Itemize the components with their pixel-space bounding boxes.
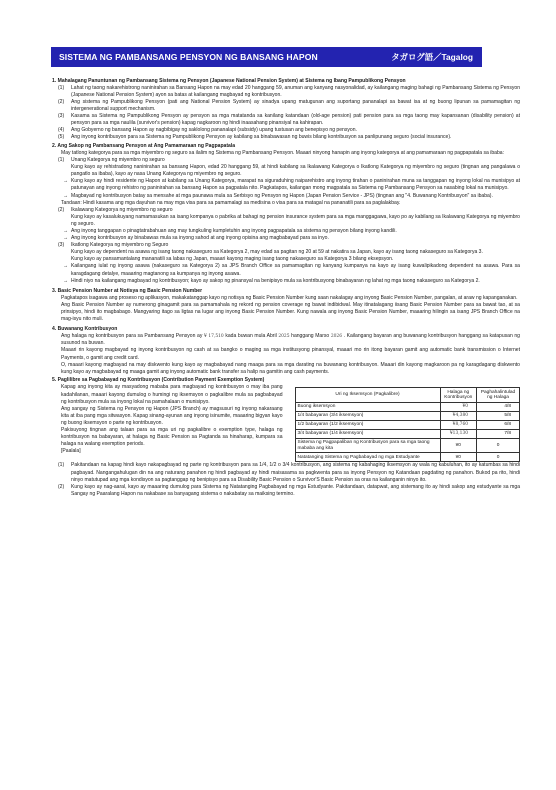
arrow-icon: →	[63, 278, 71, 285]
section-4-para-1: Ang halaga ng kontribusyon para sa Pamba…	[61, 333, 520, 347]
section-2-intro: May tatlong kategorya para sa mga miyemb…	[61, 150, 520, 157]
section-1-heading: 1. Mahalagang Panuntunan ng Pambansang S…	[52, 78, 520, 85]
exemption-table: Uri ng Iksemsyon (Pagkalibre) Halaga ng …	[295, 387, 520, 462]
arrow-icon: →	[63, 235, 71, 242]
arrow-icon: →	[63, 263, 71, 277]
table-row: 1/4 babayaran (3/4 iksemsyon)¥4,3805/8	[295, 411, 519, 420]
reminder-item: (2)Kung kayo ay nag-aaral, kayo ay maaar…	[58, 484, 520, 498]
section-3: 3. Basic Pension Number at Notisya ng Ba…	[52, 288, 520, 323]
section-5: 5. Paglilibre sa Pagbabayad ng Kontribus…	[52, 377, 520, 498]
section-4-heading: 4. Buwanang Kontribusyon	[52, 326, 520, 333]
banner-language: タガログ語／Tagalog	[391, 51, 473, 63]
arrow-item: →Hindi niyo na kailangang magbayad ng ko…	[63, 278, 520, 285]
category-2-title: (2)Ikalawang Kategorya ng miyembro ng se…	[58, 207, 520, 214]
banner-title: SISTEMA NG PAMBANSANG PENSYON NG BANSANG…	[59, 52, 318, 62]
arrow-icon: →	[63, 178, 71, 192]
section-3-para-1: Pagkatapos isagawa ang proseso ng aplika…	[61, 295, 520, 302]
arrow-icon: →	[63, 193, 71, 200]
arrow-item: →Kailangang iulat ng inyong asawa (nakas…	[63, 263, 520, 277]
reminder-item: (1)Pakitandaan na kapag hindi kayo nakap…	[58, 462, 520, 483]
section-4: 4. Buwanang Kontribusyon Ang halaga ng k…	[52, 326, 520, 376]
category-1-desc: Kung kayo ay rehistradong naninirahan sa…	[71, 164, 520, 178]
document-body: 1. Mahalagang Panuntunan ng Pambansang S…	[52, 76, 520, 498]
category-1-note: Tandaan: Hindi kasama ang mga dayuhan na…	[61, 200, 520, 207]
section-2: 2. Ang Sakop ng Pambansang Pensyon at An…	[52, 143, 520, 285]
section-4-para-2: Maaari rin kayong magbayad ng inyong kon…	[61, 347, 520, 361]
reminder-label: [Paalala]	[61, 448, 283, 455]
year-to: 2026	[331, 334, 342, 339]
table-row: Sistema ng Pagpapaliban ng Kontribusyon …	[295, 438, 519, 453]
table-row: Natatanging Sistema ng Pagbabayad ng mga…	[295, 453, 519, 462]
section-2-heading: 2. Ang Sakop ng Pambansang Pensyon at An…	[52, 143, 520, 150]
section-5-heading: 5. Paglilibre sa Pagbabayad ng Kontribus…	[52, 377, 520, 384]
table-row: 3/4 babayaran (1/4 iksemsyon)¥13,1307/8	[295, 429, 519, 438]
arrow-item: →Ang inyong kontribusyon ay binabawas mu…	[63, 235, 520, 242]
arrow-item: →Magbayad ng kontribusyon batay sa mensa…	[63, 193, 520, 200]
category-3-title: (3)Ikatlong Kategorya ng miyembro ng Seg…	[58, 242, 520, 249]
category-2-desc: Kung kayo ay kasalukuyang namamasukan sa…	[71, 214, 520, 228]
arrow-item: →Kung kayo ay hindi residente ng Hapon a…	[63, 178, 520, 192]
table-header: Paghahalintulad ng Halaga	[477, 388, 520, 403]
section-4-para-3: O, maaari kayong magbayad na may diskwen…	[61, 362, 520, 376]
section-3-heading: 3. Basic Pension Number at Notisya ng Ba…	[52, 288, 520, 295]
list-item: (5)Ang inyong kontribusyon para sa Siste…	[58, 134, 520, 141]
list-item: (2)Ang sistema ng Pampublikong Pensyon (…	[58, 99, 520, 113]
table-row: 1/2 babayaran (1/2 iksemsyon)¥8,7606/8	[295, 420, 519, 429]
list-item: (1)Lahat ng taong nakarehistrong naninir…	[58, 85, 520, 99]
section-5-para-3: Pakisuyong tingnan ang talaan para sa mg…	[61, 427, 283, 448]
category-3-desc: Kung kayo ay dependent na asawa ng isang…	[71, 249, 520, 256]
list-item: (3)Kasama sa Sistema ng Pampublikong Pen…	[58, 113, 520, 127]
section-5-para-2: Ang sangay ng Sistema ng Pensyon ng Hapo…	[61, 406, 283, 427]
year-from: 2025	[278, 334, 289, 339]
arrow-item: →Ang inyong tanggapan o pinagtatrabahuan…	[63, 228, 520, 235]
table-header: Uri ng Iksemsyon (Pagkalibre)	[295, 388, 440, 403]
section-1: 1. Mahalagang Panuntunan ng Pambansang S…	[52, 78, 520, 142]
section-5-para-1: Kapag ang inyong kita ay masyadong mabab…	[61, 384, 283, 405]
list-item: (4)Ang Gobyerno ng bansang Hapon ay nagb…	[58, 127, 520, 134]
contribution-amount: ¥ 17,510	[204, 334, 224, 339]
arrow-icon: →	[63, 228, 71, 235]
table-row: Buong iksemsyon¥04/8	[295, 403, 519, 412]
document-banner: SISTEMA NG PAMBANSANG PENSYON NG BANSANG…	[51, 47, 482, 67]
category-3-exception: Kung kayo ay pansamantalang mananatili s…	[71, 256, 520, 263]
category-1-title: (1)Unang Kategorya ng miyembro ng seguro	[58, 157, 520, 164]
section-3-para-2: Ang Basic Pension Number ay numerong gin…	[61, 302, 520, 323]
table-header: Halaga ng Kontribusyon	[440, 388, 477, 403]
